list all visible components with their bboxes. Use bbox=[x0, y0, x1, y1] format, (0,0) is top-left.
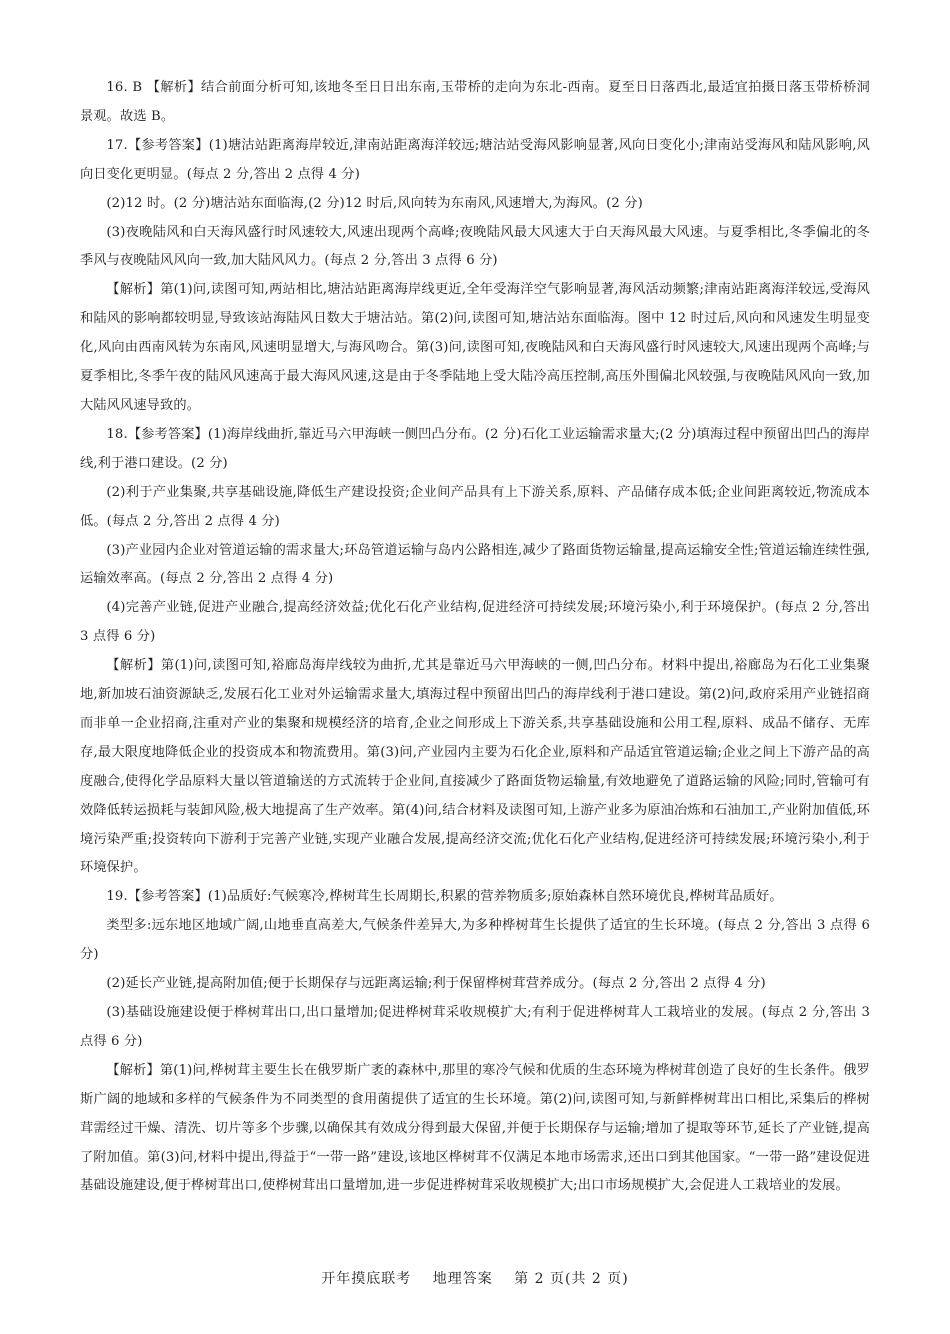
answer-17-part1: 17.【参考答案】(1)塘沽站距离海岸较近,津南站距离海洋较远;塘沽站受海风影响… bbox=[80, 132, 870, 190]
answer-19-part2: (2)延长产业链,提高附加值;便于长期保存与远距离运输;利于保留桦树茸营养成分。… bbox=[80, 970, 870, 999]
answer-19-part1-quality: 19.【参考答案】(1)品质好:气候寒冷,桦树茸生长周期长,积累的营养物质多;原… bbox=[80, 883, 870, 912]
answer-document: 16. B 【解析】结合前面分析可知,该地冬至日日出东南,玉带桥的走向为东北-西… bbox=[80, 74, 870, 1201]
answer-17-analysis: 【解析】第(1)问,读图可知,两站相比,塘沽站距离海岸线更近,全年受海洋空气影响… bbox=[80, 276, 870, 421]
answer-18-part2: (2)利于产业集聚,共享基础设施,降低生产建设投资;企业间产品具有上下游关系,原… bbox=[80, 479, 870, 537]
answer-18-part1: 18.【参考答案】(1)海岸线曲折,靠近马六甲海峡一侧凹凸分布。(2 分)石化工… bbox=[80, 421, 870, 479]
footer-page-number: 第 2 页(共 2 页) bbox=[514, 1271, 629, 1287]
answer-16-analysis: 16. B 【解析】结合前面分析可知,该地冬至日日出东南,玉带桥的走向为东北-西… bbox=[80, 74, 870, 132]
answer-18-analysis: 【解析】第(1)问,读图可知,裕廊岛海岸线较为曲折,尤其是靠近马六甲海峡的一侧,… bbox=[80, 652, 870, 883]
footer-subject: 地理答案 bbox=[433, 1271, 493, 1287]
answer-17-part2: (2)12 时。(2 分)塘沽站东面临海,(2 分)12 时后,风向转为东南风,… bbox=[80, 190, 870, 219]
answer-17-part3: (3)夜晚陆风和白天海风盛行时风速较大,风速出现两个高峰;夜晚陆风最大风速大于白… bbox=[80, 219, 870, 277]
answer-19-analysis: 【解析】第(1)问,桦树茸主要生长在俄罗斯广袤的森林中,那里的寒冷气候和优质的生… bbox=[80, 1057, 870, 1202]
page-footer: 开年摸底联考 地理答案 第 2 页(共 2 页) bbox=[0, 1268, 950, 1288]
answer-18-part3: (3)产业园内企业对管道运输的需求量大;环岛管道运输与岛内公路相连,减少了路面货… bbox=[80, 537, 870, 595]
footer-exam-name: 开年摸底联考 bbox=[321, 1271, 411, 1287]
answer-19-part1-variety: 类型多:远东地区地域广阔,山地垂直高差大,气候条件差异大,为多种桦树茸生长提供了… bbox=[80, 912, 870, 970]
answer-18-part4: (4)完善产业链,促进产业融合,提高经济效益;优化石化产业结构,促进经济可持续发… bbox=[80, 594, 870, 652]
answer-19-part3: (3)基础设施建设便于桦树茸出口,出口量增加;促进桦树茸采收规模扩大;有利于促进… bbox=[80, 999, 870, 1057]
